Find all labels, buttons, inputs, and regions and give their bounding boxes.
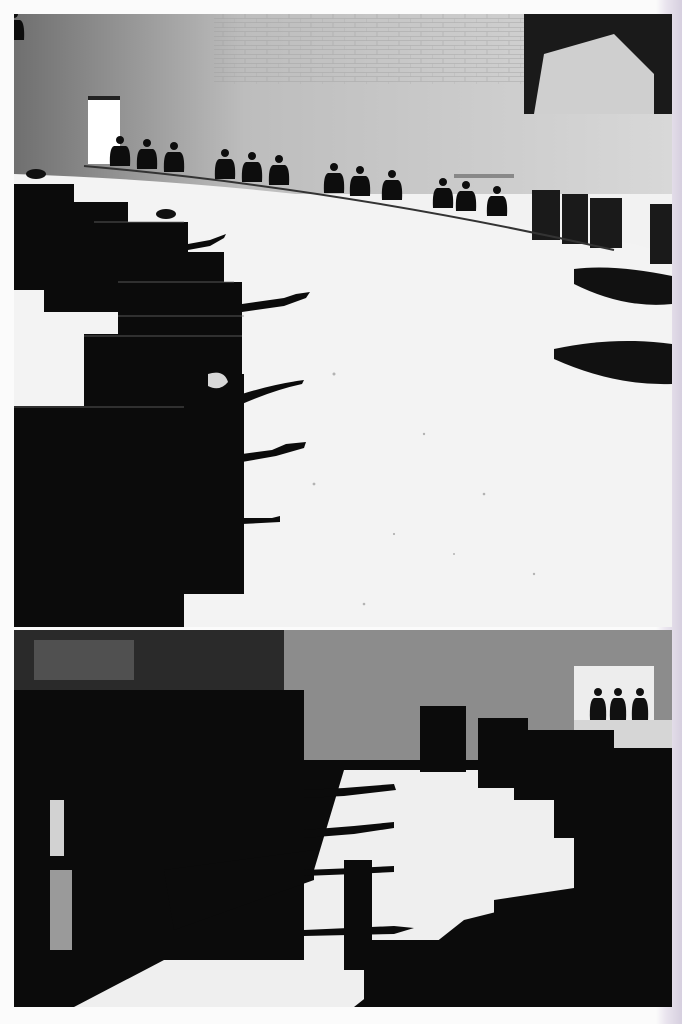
firing-range-illustration-top <box>14 14 672 627</box>
photo-top-firing-range <box>14 14 672 627</box>
firing-range-illustration-bottom <box>14 630 672 1007</box>
photo-bottom-firing-range-lanes <box>14 630 672 1007</box>
